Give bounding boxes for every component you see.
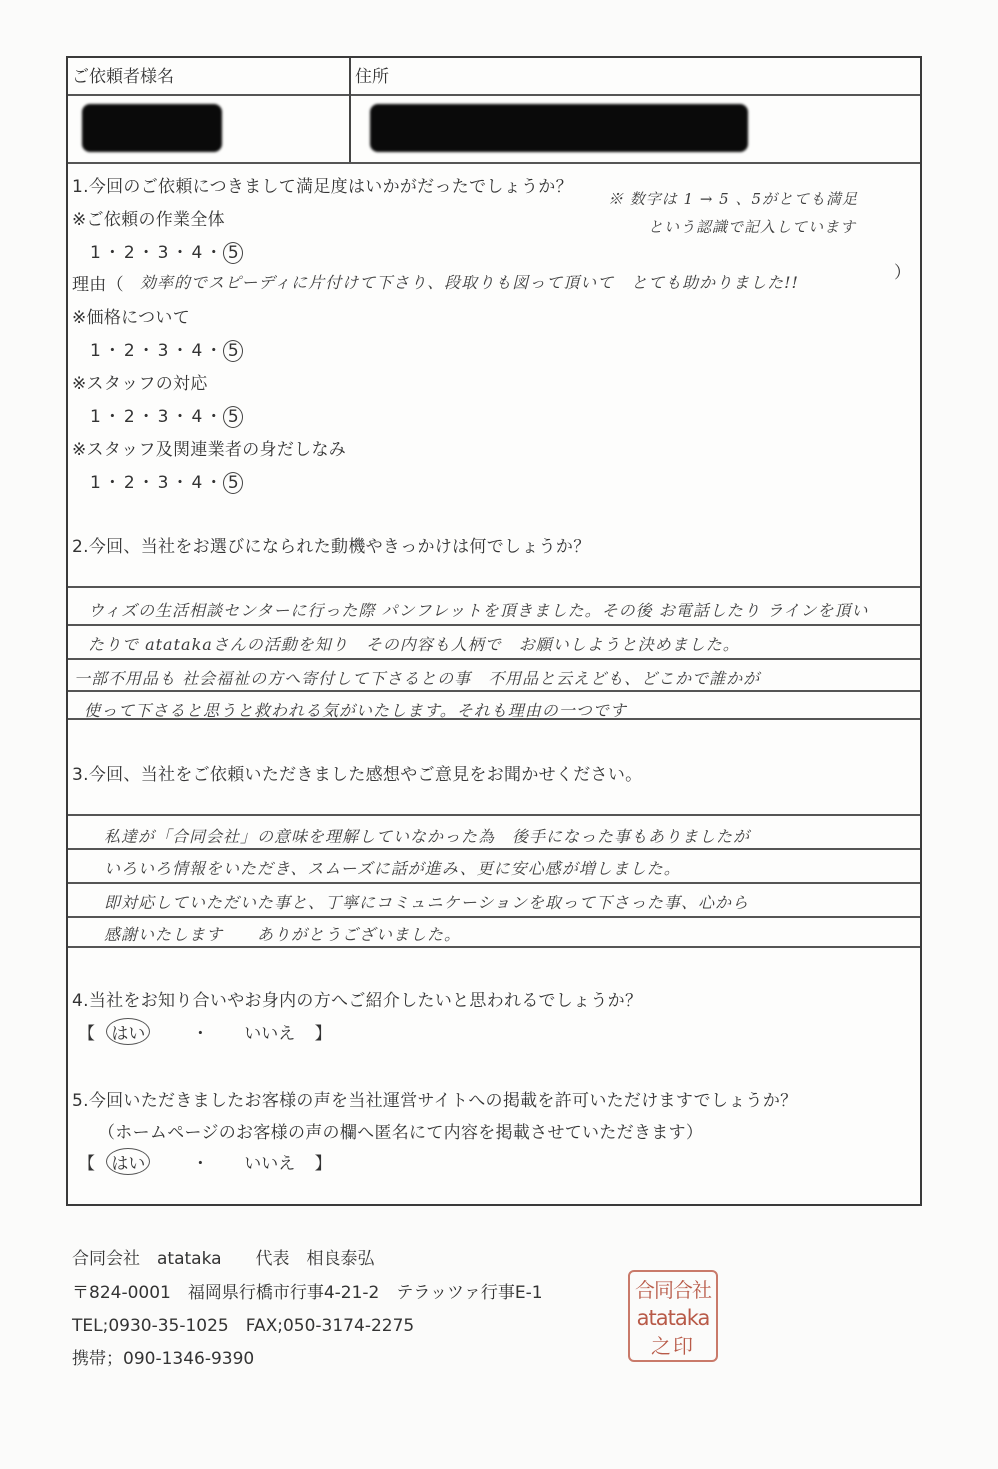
reason-label: 理由（: [72, 270, 124, 295]
ruled-line: [68, 814, 920, 816]
q3-answer-line-1: 私達が「合同会社」の意味を理解していなかった為 後手になった事もありましたが: [104, 824, 750, 847]
q2-answer-line-2: たりで atatakaさんの活動を知り その内容も人柄で お願いしようと決めまし…: [88, 632, 740, 655]
survey-form: ご依頼者様名 住所 1.今回のご依頼につきまして満足度はいかがだったでしょうか？…: [66, 56, 922, 1206]
selected-rating-circle: 5: [223, 340, 243, 362]
ruled-line: [68, 624, 920, 626]
q5-no-option[interactable]: いいえ: [244, 1154, 295, 1174]
address-redacted: [370, 104, 748, 152]
q1-item-overall-scale[interactable]: 1・2・3・4・5: [90, 238, 243, 264]
q1-item-price-scale[interactable]: 1・2・3・4・5: [90, 336, 243, 362]
q3-answer-line-2: いろいろ情報をいただき、スムーズに話が進み、更に安心感が増しました。: [104, 856, 681, 879]
q5-yes-option-selected[interactable]: はい: [106, 1148, 150, 1175]
address-label: 住所: [351, 58, 389, 94]
q1-title: 1.今回のご依頼につきまして満足度はいかがだったでしょうか？: [72, 172, 573, 197]
q3-answer-line-4: 感謝いたします ありがとうございました。: [104, 922, 461, 945]
q3-answer-line-3: 即対応していただいた事と、丁寧にコミュニケーションを取って下さった事、心から: [104, 890, 749, 913]
company-seal-stamp: 合同合社 atataka 之印: [628, 1270, 718, 1362]
q4-options: 【 はい ・ いいえ 】: [78, 1018, 332, 1045]
name-address-row: [68, 94, 920, 164]
q1-handwritten-note-2: という認識で記入しています: [648, 216, 856, 237]
q1-item-staff-scale[interactable]: 1・2・3・4・5: [90, 402, 243, 428]
stamp-line-2: atataka: [630, 1304, 716, 1332]
reason-close: ）: [894, 258, 911, 283]
selected-rating-circle: 5: [223, 472, 243, 494]
stamp-line-3: 之印: [630, 1332, 716, 1360]
selected-rating-circle: 5: [223, 242, 243, 264]
client-name-label: ご依頼者様名: [68, 58, 174, 94]
q4-no-option[interactable]: いいえ: [244, 1024, 295, 1044]
ruled-line: [68, 882, 920, 884]
ruled-line: [68, 718, 920, 720]
q4-title: 4.当社をお知り合いやお身内の方へご紹介したいと思われるでしょうか？: [72, 986, 642, 1011]
footer-company: 合同会社 atataka 代表 相良泰弘: [72, 1244, 375, 1269]
q5-subtitle: （ホームページのお客様の声の欄へ匿名にて内容を掲載させていただきます）: [98, 1118, 703, 1143]
footer-phone-fax: TEL;0930-35-1025 FAX;050-3174-2275: [72, 1311, 414, 1336]
header-row: ご依頼者様名 住所: [68, 58, 920, 96]
ruled-line: [68, 848, 920, 850]
header-divider: [349, 58, 351, 162]
footer-address: 〒824-0001 福岡県行橋市行事4-21-2 テラッツァ行事E-1: [72, 1278, 543, 1303]
q5-options: 【 はい ・ いいえ 】: [78, 1148, 332, 1175]
ruled-line: [68, 658, 920, 660]
stamp-line-1: 合同合社: [630, 1276, 716, 1304]
q1-item-price-label: ※価格について: [72, 303, 190, 328]
ruled-line: [68, 916, 920, 918]
q3-title: 3.今回、当社をご依頼いただきました感想やご意見をお聞かせください。: [72, 760, 642, 785]
q4-yes-option-selected[interactable]: はい: [106, 1018, 150, 1045]
ruled-line: [68, 586, 920, 588]
q2-answer-line-3: 一部不用品も 社会福祉の方へ寄付して下さるとの事 不用品と云えども、どこかで誰か…: [74, 666, 760, 689]
q1-item-appearance-scale[interactable]: 1・2・3・4・5: [90, 468, 243, 494]
q2-title: 2.今回、当社をお選びになられた動機やきっかけは何でしょうか？: [72, 532, 591, 557]
q1-item-staff-label: ※スタッフの対応: [72, 369, 208, 394]
q5-title: 5.今回いただきましたお客様の声を当社運営サイトへの掲載を許可いただけますでしょ…: [72, 1086, 797, 1111]
ruled-line: [68, 946, 920, 948]
selected-rating-circle: 5: [223, 406, 243, 428]
client-name-redacted: [82, 104, 222, 152]
q2-answer-line-1: ウィズの生活相談センターに行った際 パンフレットを頂きました。その後 お電話した…: [88, 598, 868, 621]
q1-item-appearance-label: ※スタッフ及関連業者の身だしなみ: [72, 435, 346, 460]
ruled-line: [68, 690, 920, 692]
reason-text: 効率的でスピーディに片付けて下さり、段取りも図って頂いて とても助かりました!!: [140, 270, 799, 293]
footer-mobile: 携帯；090-1346-9390: [72, 1344, 254, 1369]
q1-handwritten-note-1: ※ 数字は 1 → 5 、5がとても満足: [608, 188, 858, 209]
q1-item-overall-label: ※ご依頼の作業全体: [72, 205, 225, 230]
